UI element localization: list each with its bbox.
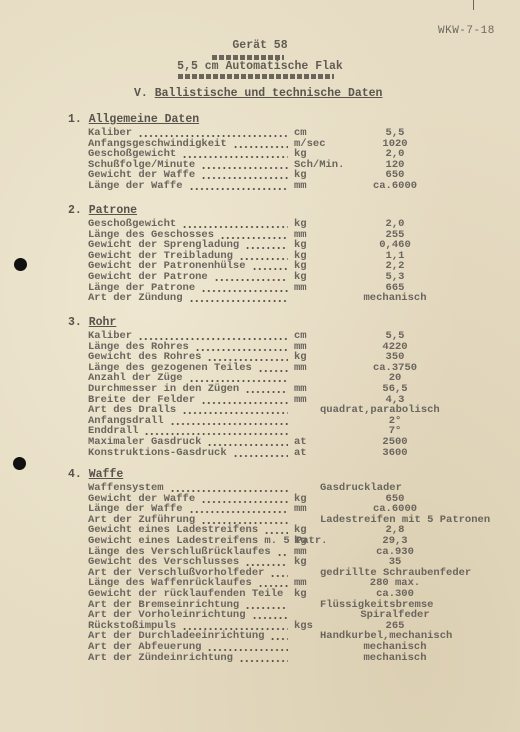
row-unit: mm <box>294 181 307 192</box>
row-label: Art der Zündeinrichtung <box>88 653 233 664</box>
dot-leader <box>201 402 288 404</box>
row-value: Gasdrucklader <box>320 483 520 494</box>
dot-leader <box>207 359 288 361</box>
section-number: 1. <box>68 113 82 126</box>
section-heading: 1. Allgemeine Daten <box>68 113 199 126</box>
dot-leader <box>214 279 288 281</box>
dot-leader <box>170 423 288 425</box>
row-unit: at <box>294 448 307 459</box>
chapter-title: Ballistische und technische Daten <box>155 87 383 100</box>
row-unit: mm <box>294 504 307 515</box>
section-title: Waffe <box>89 468 124 481</box>
dot-leader <box>182 156 288 158</box>
dot-leader <box>189 188 288 190</box>
row-unit: kgs <box>294 621 313 632</box>
dot-leader <box>239 660 288 662</box>
document-subtitle: 5,5 cm Automatische Flak <box>0 60 520 73</box>
row-unit: kg <box>294 557 307 568</box>
dot-leader <box>207 444 288 446</box>
chapter-number: V. <box>134 87 148 100</box>
dot-leader <box>233 146 288 148</box>
row-unit: mm <box>294 363 307 374</box>
dot-leader <box>233 455 288 457</box>
row-value: mechanisch <box>350 653 440 664</box>
dot-leader <box>239 258 288 260</box>
dot-leader <box>258 370 288 372</box>
dot-leader <box>252 268 288 270</box>
row-value: gedrillte Schraubenfeder <box>320 568 520 579</box>
reference-number: WKW-7-18 <box>438 25 495 37</box>
dot-leader <box>245 564 288 566</box>
section-heading: 2. Patrone <box>68 204 137 217</box>
row-label: Konstruktions-Gasdruck <box>88 448 227 459</box>
data-row: Konstruktions-Gasdruckat3600 <box>88 448 518 459</box>
dot-leader <box>245 247 288 249</box>
punch-hole-upper <box>14 258 27 271</box>
row-value: 3600 <box>350 448 440 459</box>
dot-leader <box>170 490 288 492</box>
dot-leader <box>207 649 288 651</box>
row-value: mechanisch <box>350 293 440 304</box>
row-unit: mm <box>294 395 307 406</box>
chapter-heading: V. Ballistische und technische Daten <box>134 87 382 100</box>
dot-leader <box>138 135 288 137</box>
row-label: Länge der Waffe <box>88 181 183 192</box>
dot-leader <box>245 391 288 393</box>
dot-leader <box>252 617 288 619</box>
dot-leader <box>195 349 288 351</box>
dot-leader <box>270 638 288 640</box>
section-title: Allgemeine Daten <box>89 113 199 126</box>
punch-hole-lower <box>13 457 26 470</box>
row-value: Ladestreifen mit 5 Patronen <box>320 515 520 526</box>
dot-leader <box>201 501 288 503</box>
dot-leader <box>189 300 288 302</box>
subtitle-rule <box>178 74 334 79</box>
document-page: WKW-7-18 Gerät 58 5,5 cm Automatische Fl… <box>0 0 520 732</box>
dot-leader <box>189 511 288 513</box>
dot-leader <box>138 338 288 340</box>
dot-leader <box>182 412 288 414</box>
dot-leader <box>201 290 288 292</box>
row-value: ca.6000 <box>350 181 440 192</box>
dot-leader <box>277 554 288 556</box>
data-row: Länge der Waffemmca.6000 <box>88 181 518 192</box>
row-unit: mm <box>294 283 307 294</box>
row-value: quadrat,parabolisch <box>320 405 520 416</box>
dot-leader <box>270 575 288 577</box>
row-label: Art der Zündung <box>88 293 183 304</box>
dot-leader <box>201 177 288 179</box>
data-row: Anfangsdrall2° <box>88 416 518 427</box>
data-row: Art der Zündeinrichtungmechanisch <box>88 653 518 664</box>
section-number: 2. <box>68 204 82 217</box>
section-heading: 3. Rohr <box>68 316 116 329</box>
section-number: 4. <box>68 468 82 481</box>
pencil-mark <box>473 0 474 10</box>
section-number: 3. <box>68 316 82 329</box>
dot-leader <box>182 226 288 228</box>
dot-leader <box>245 607 288 609</box>
section-heading: 4. Waffe <box>68 468 123 481</box>
section-title: Patrone <box>89 204 137 217</box>
document-title: Gerät 58 <box>0 39 520 52</box>
row-unit: kg <box>294 589 307 600</box>
data-row: Art der Zündungmechanisch <box>88 293 518 304</box>
dot-leader <box>201 167 288 169</box>
section-title: Rohr <box>89 316 117 329</box>
